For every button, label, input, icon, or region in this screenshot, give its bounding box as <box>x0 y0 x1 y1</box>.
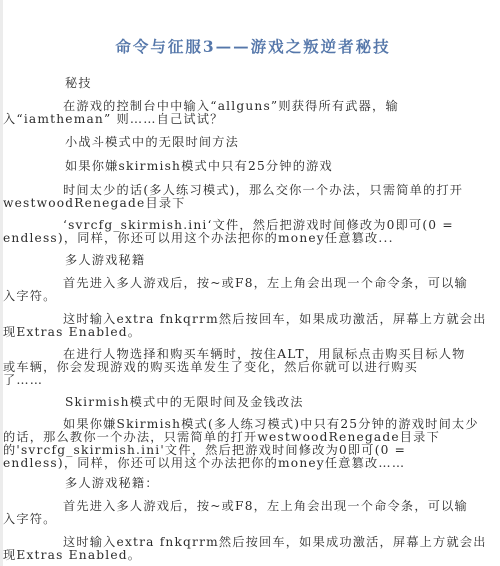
text-line: 小战斗模式中的无限时间方法 <box>65 136 475 149</box>
text-line: 入“iamtheman” 则……自己试试？ <box>3 113 473 126</box>
text-line: 多人游戏秘籍 <box>65 254 475 267</box>
paragraph: 这时输入extra fnkqrrm然后按回车，如果成功激活，屏幕上方就会出 现E… <box>63 313 473 339</box>
text-line: 入字符。 <box>3 513 473 526</box>
text-line: westwoodRenegade目录下 <box>3 197 473 210</box>
text-line: 首先进入多人游戏后，按~或F8，左上角会出现一个命令条，可以输 <box>63 277 473 290</box>
paragraph: ‘svrcfg_skirmish.ini‘文件，然后把游戏时间修改为0即可(0 … <box>63 219 473 245</box>
paragraph: 如果你嫌Skirmish模式(多人练习模式)中只有25分钟的游戏时间太少 的话，… <box>63 418 473 470</box>
paragraph: 在进行人物选择和购买车辆时，按住ALT，用鼠标点击购买目标人物 或车辆，你会发现… <box>63 348 473 387</box>
text-line: 首先进入多人游戏后，按~或F8，左上角会出现一个命令条，可以输 <box>63 500 473 513</box>
text-line: 现Extras Enabled。 <box>3 549 473 562</box>
text-line: 现Extras Enabled。 <box>3 326 473 339</box>
paragraph: 如果你嫌skirmish模式中只有25分钟的游戏 <box>65 160 475 173</box>
text-line: Skirmish模式中的无限时间及金钱改法 <box>65 396 475 409</box>
text-line: 秘技 <box>65 77 475 90</box>
paragraph: 秘技 <box>65 77 475 90</box>
document-page: 命令与征服3——游戏之叛逆者秘技 秘技 在游戏的控制台中中输入“allguns”… <box>0 0 500 566</box>
text-line: 或车辆，你会发现游戏的购买选单发生了变化，然后你就可以进行购买 <box>3 361 473 374</box>
paragraph: 多人游戏秘籍： <box>65 477 475 490</box>
page-title: 命令与征服3——游戏之叛逆者秘技 <box>3 35 500 57</box>
paragraph: 小战斗模式中的无限时间方法 <box>65 136 475 149</box>
paragraph: 时间太少的话(多人练习模式)，那么交你一个办法，只需简单的打开 westwood… <box>63 184 473 210</box>
paragraph: 这时输入extra fnkqrrm然后按回车，如果成功激活，屏幕上方就会出 现E… <box>63 536 473 562</box>
text-line: endless)，同样，你还可以用这个办法把你的money任意篡改…… <box>3 457 473 470</box>
paragraph: 首先进入多人游戏后，按~或F8，左上角会出现一个命令条，可以输 入字符。 <box>63 500 473 526</box>
paragraph: 多人游戏秘籍 <box>65 254 475 267</box>
text-line: 入字符。 <box>3 290 473 303</box>
text-line: 多人游戏秘籍： <box>65 477 475 490</box>
paragraph: 在游戏的控制台中中输入“allguns”则获得所有武器，输 入“iamthema… <box>63 100 473 126</box>
text-line: endless)，同样，你还可以用这个办法把你的money任意篡改... <box>3 232 473 245</box>
text-line: 了…… <box>3 374 473 387</box>
paragraph: Skirmish模式中的无限时间及金钱改法 <box>65 396 475 409</box>
paragraph: 首先进入多人游戏后，按~或F8，左上角会出现一个命令条，可以输 入字符。 <box>63 277 473 303</box>
text-line: 如果你嫌skirmish模式中只有25分钟的游戏 <box>65 160 475 173</box>
